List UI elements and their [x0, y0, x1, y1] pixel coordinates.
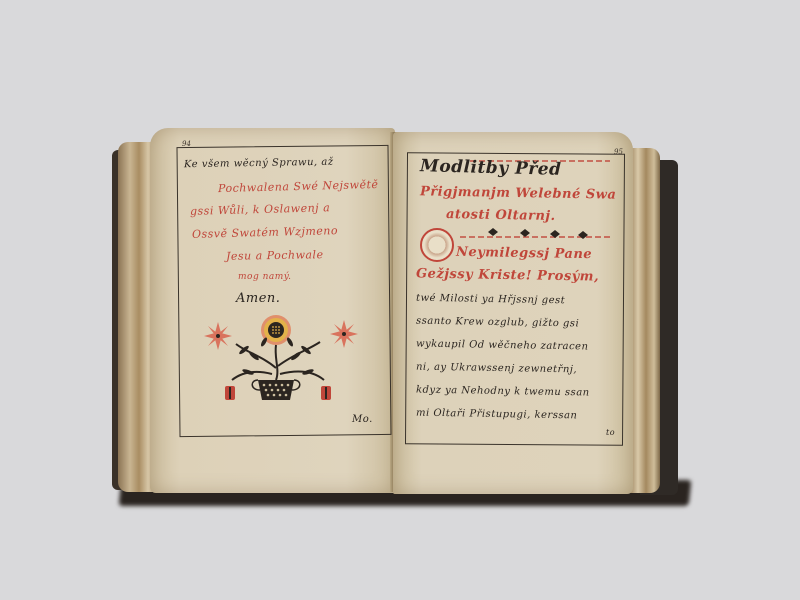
ornament-icon: [578, 231, 588, 239]
flower-pot-illustration-icon: [196, 308, 372, 408]
right-heading-black: Modlitby Před: [420, 156, 562, 180]
right-heading-red-2: atosti Oltarnj.: [446, 207, 556, 224]
ornament-icon: [520, 229, 530, 237]
ornament-icon: [488, 228, 498, 236]
left-line-5: Jesu a Pochwale: [226, 248, 324, 263]
right-body-line-7: to: [606, 428, 615, 437]
ornament-icon: [550, 230, 560, 238]
left-line-6: mog namý.: [238, 272, 292, 282]
left-catchword: Mo.: [352, 414, 373, 425]
photo-scene: 94 95 Ke všem wěcný Sprawu, až Pochwalen…: [0, 0, 800, 600]
left-page-number: 94: [182, 140, 191, 148]
right-red-line-1: Neymilegssj Pane: [456, 245, 592, 262]
right-red-line-2: Gežjssy Kriste! Prosým,: [416, 266, 599, 284]
right-page-number: 95: [614, 148, 623, 156]
decorated-initial-o-icon: [420, 228, 454, 262]
left-closing-amen: Amen.: [236, 291, 280, 306]
